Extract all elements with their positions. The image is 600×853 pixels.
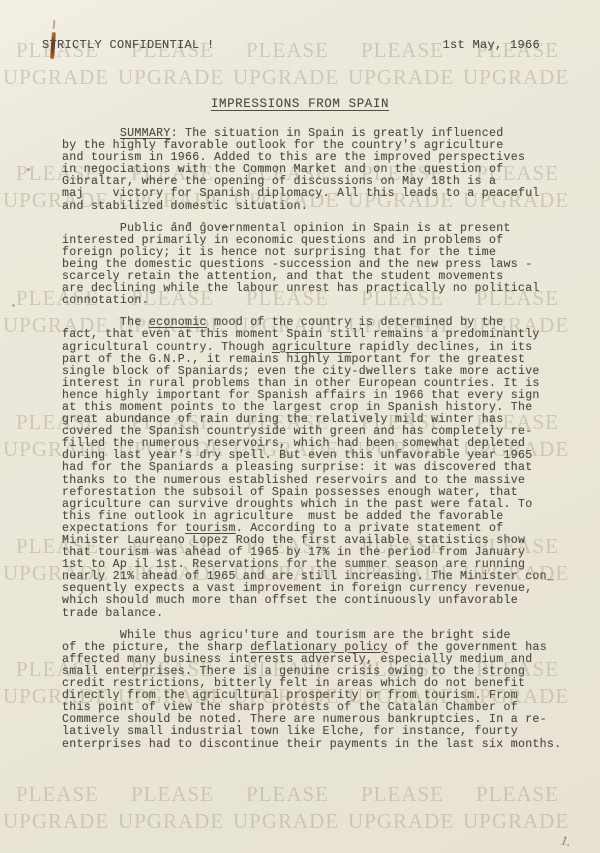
text-line: connotation.	[62, 295, 572, 307]
watermark-row: UPGRADEUPGRADEUPGRADEUPGRADEUPGRADEUPGRA…	[0, 811, 578, 832]
watermark-word: UPGRADE	[3, 67, 118, 88]
watermark-word: PLEASE	[0, 659, 16, 680]
watermark-word: UPGRADE	[233, 811, 348, 832]
watermark-word: UPGRADE	[0, 686, 3, 707]
watermark-word: UPGRADE	[0, 190, 3, 211]
pen-mark-dot	[53, 20, 56, 29]
document-body: SUMMARY: The situation in Spain is great…	[62, 128, 572, 761]
paper-speck	[27, 168, 30, 171]
watermark-word: PLEASE	[16, 784, 131, 805]
document-page: PLEASEPLEASEPLEASEPLEASEPLEASEPLEASEUPGR…	[0, 0, 600, 853]
watermark-word: PLEASE	[131, 784, 246, 805]
text-line: enterprises had to discontinue their pay…	[62, 739, 572, 751]
paragraph: SUMMARY: The situation in Spain is great…	[62, 128, 572, 213]
watermark-word: UPGRADE	[0, 67, 3, 88]
paragraph: The economic mood of the country is dete…	[62, 317, 572, 619]
watermark-word: PLEASE	[0, 163, 16, 184]
watermark-word: UPGRADE	[463, 67, 578, 88]
watermark-word: PLEASE	[0, 412, 16, 433]
classification-label: STRICTLY CONFIDENTIAL !	[42, 38, 215, 52]
watermark-word: PLEASE	[0, 536, 16, 557]
watermark-word: UPGRADE	[0, 563, 3, 584]
text-line: trade balance.	[62, 608, 572, 620]
paragraph: Public and governmental opinion in Spain…	[62, 223, 572, 308]
text-line: and stabilized domestic situation.	[62, 201, 572, 213]
watermark-row: PLEASEPLEASEPLEASEPLEASEPLEASEPLEASE	[0, 784, 591, 805]
date-label: 1st May, 1966	[442, 38, 540, 52]
watermark-word: PLEASE	[0, 784, 16, 805]
watermark-word: UPGRADE	[348, 67, 463, 88]
watermark-word: PLEASE	[0, 40, 16, 61]
watermark-word: UPGRADE	[0, 439, 3, 460]
watermark-word: UPGRADE	[0, 315, 3, 336]
paragraph: While thus agricu'ture and tourism are t…	[62, 630, 572, 751]
watermark-word: UPGRADE	[348, 811, 463, 832]
watermark-word: PLEASE	[246, 784, 361, 805]
watermark-word: UPGRADE	[118, 67, 233, 88]
watermark-word: UPGRADE	[233, 67, 348, 88]
separator-dashes: - - - _	[171, 217, 229, 230]
handwritten-mark: 1.	[560, 832, 572, 849]
document-title: IMPRESSIONS FROM SPAIN	[0, 97, 600, 111]
document-header: STRICTLY CONFIDENTIAL ! 1st May, 1966	[42, 38, 540, 52]
watermark-row: UPGRADEUPGRADEUPGRADEUPGRADEUPGRADEUPGRA…	[0, 67, 578, 88]
watermark-word: UPGRADE	[0, 811, 3, 832]
watermark-word: UPGRADE	[463, 811, 578, 832]
watermark-word: UPGRADE	[118, 811, 233, 832]
paper-speck	[12, 304, 15, 307]
watermark-word: UPGRADE	[3, 811, 118, 832]
watermark-word: PLEASE	[476, 784, 591, 805]
watermark-word: PLEASE	[361, 784, 476, 805]
